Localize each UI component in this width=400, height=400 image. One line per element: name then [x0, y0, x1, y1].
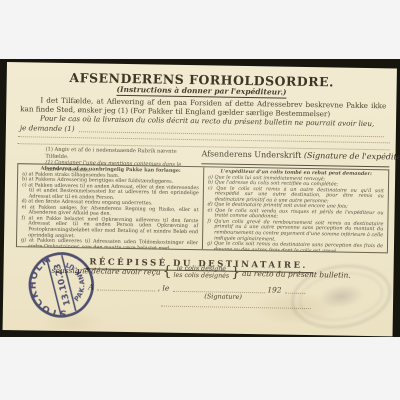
document-card: AFSENDERENS FORHOLDSORDRE. (Instructions…	[3, 62, 397, 336]
intro-paragraph: I det Tilfælde, at Aflevering af den paa…	[20, 95, 387, 138]
scanned-photo-backdrop: AFSENDERENS FORHOLDSORDRE. (Instructions…	[0, 59, 400, 337]
brace-close: }	[231, 265, 240, 281]
place-blank-line	[98, 282, 156, 292]
options-column-danish: Afsenderen af en uanbringelig Pakke kan …	[17, 164, 203, 249]
receipt-brace-options: le colis désigné les colis désignés	[173, 265, 229, 280]
brace-open: {	[163, 264, 172, 280]
options-column-french: L'expéditeur d'un colis tombé en rebut p…	[202, 167, 388, 252]
postmark-stamp: STOCKHOLM PAK.ANK.UTR. 13.10.23	[19, 243, 104, 328]
sender-signature-label-french: (Signature de l'expéditeur)	[304, 151, 400, 162]
signature-caption: (Signature)	[153, 291, 293, 301]
receipt-option-plural: les colis désignés	[173, 272, 229, 280]
recipient-signature-line	[161, 305, 311, 309]
sender-signature-label: Afsenderens Underskrift (Signature de l'…	[201, 149, 391, 161]
intro-french-tail: je demande (1)	[20, 123, 75, 133]
sender-signature-label-danish: Afsenderens Underskrift	[201, 149, 304, 160]
options-box: Afsenderen af en uanbringelig Pakke kan …	[16, 163, 389, 253]
page-background: AFSENDERENS FORHOLDSORDRE. (Instructions…	[0, 0, 400, 400]
